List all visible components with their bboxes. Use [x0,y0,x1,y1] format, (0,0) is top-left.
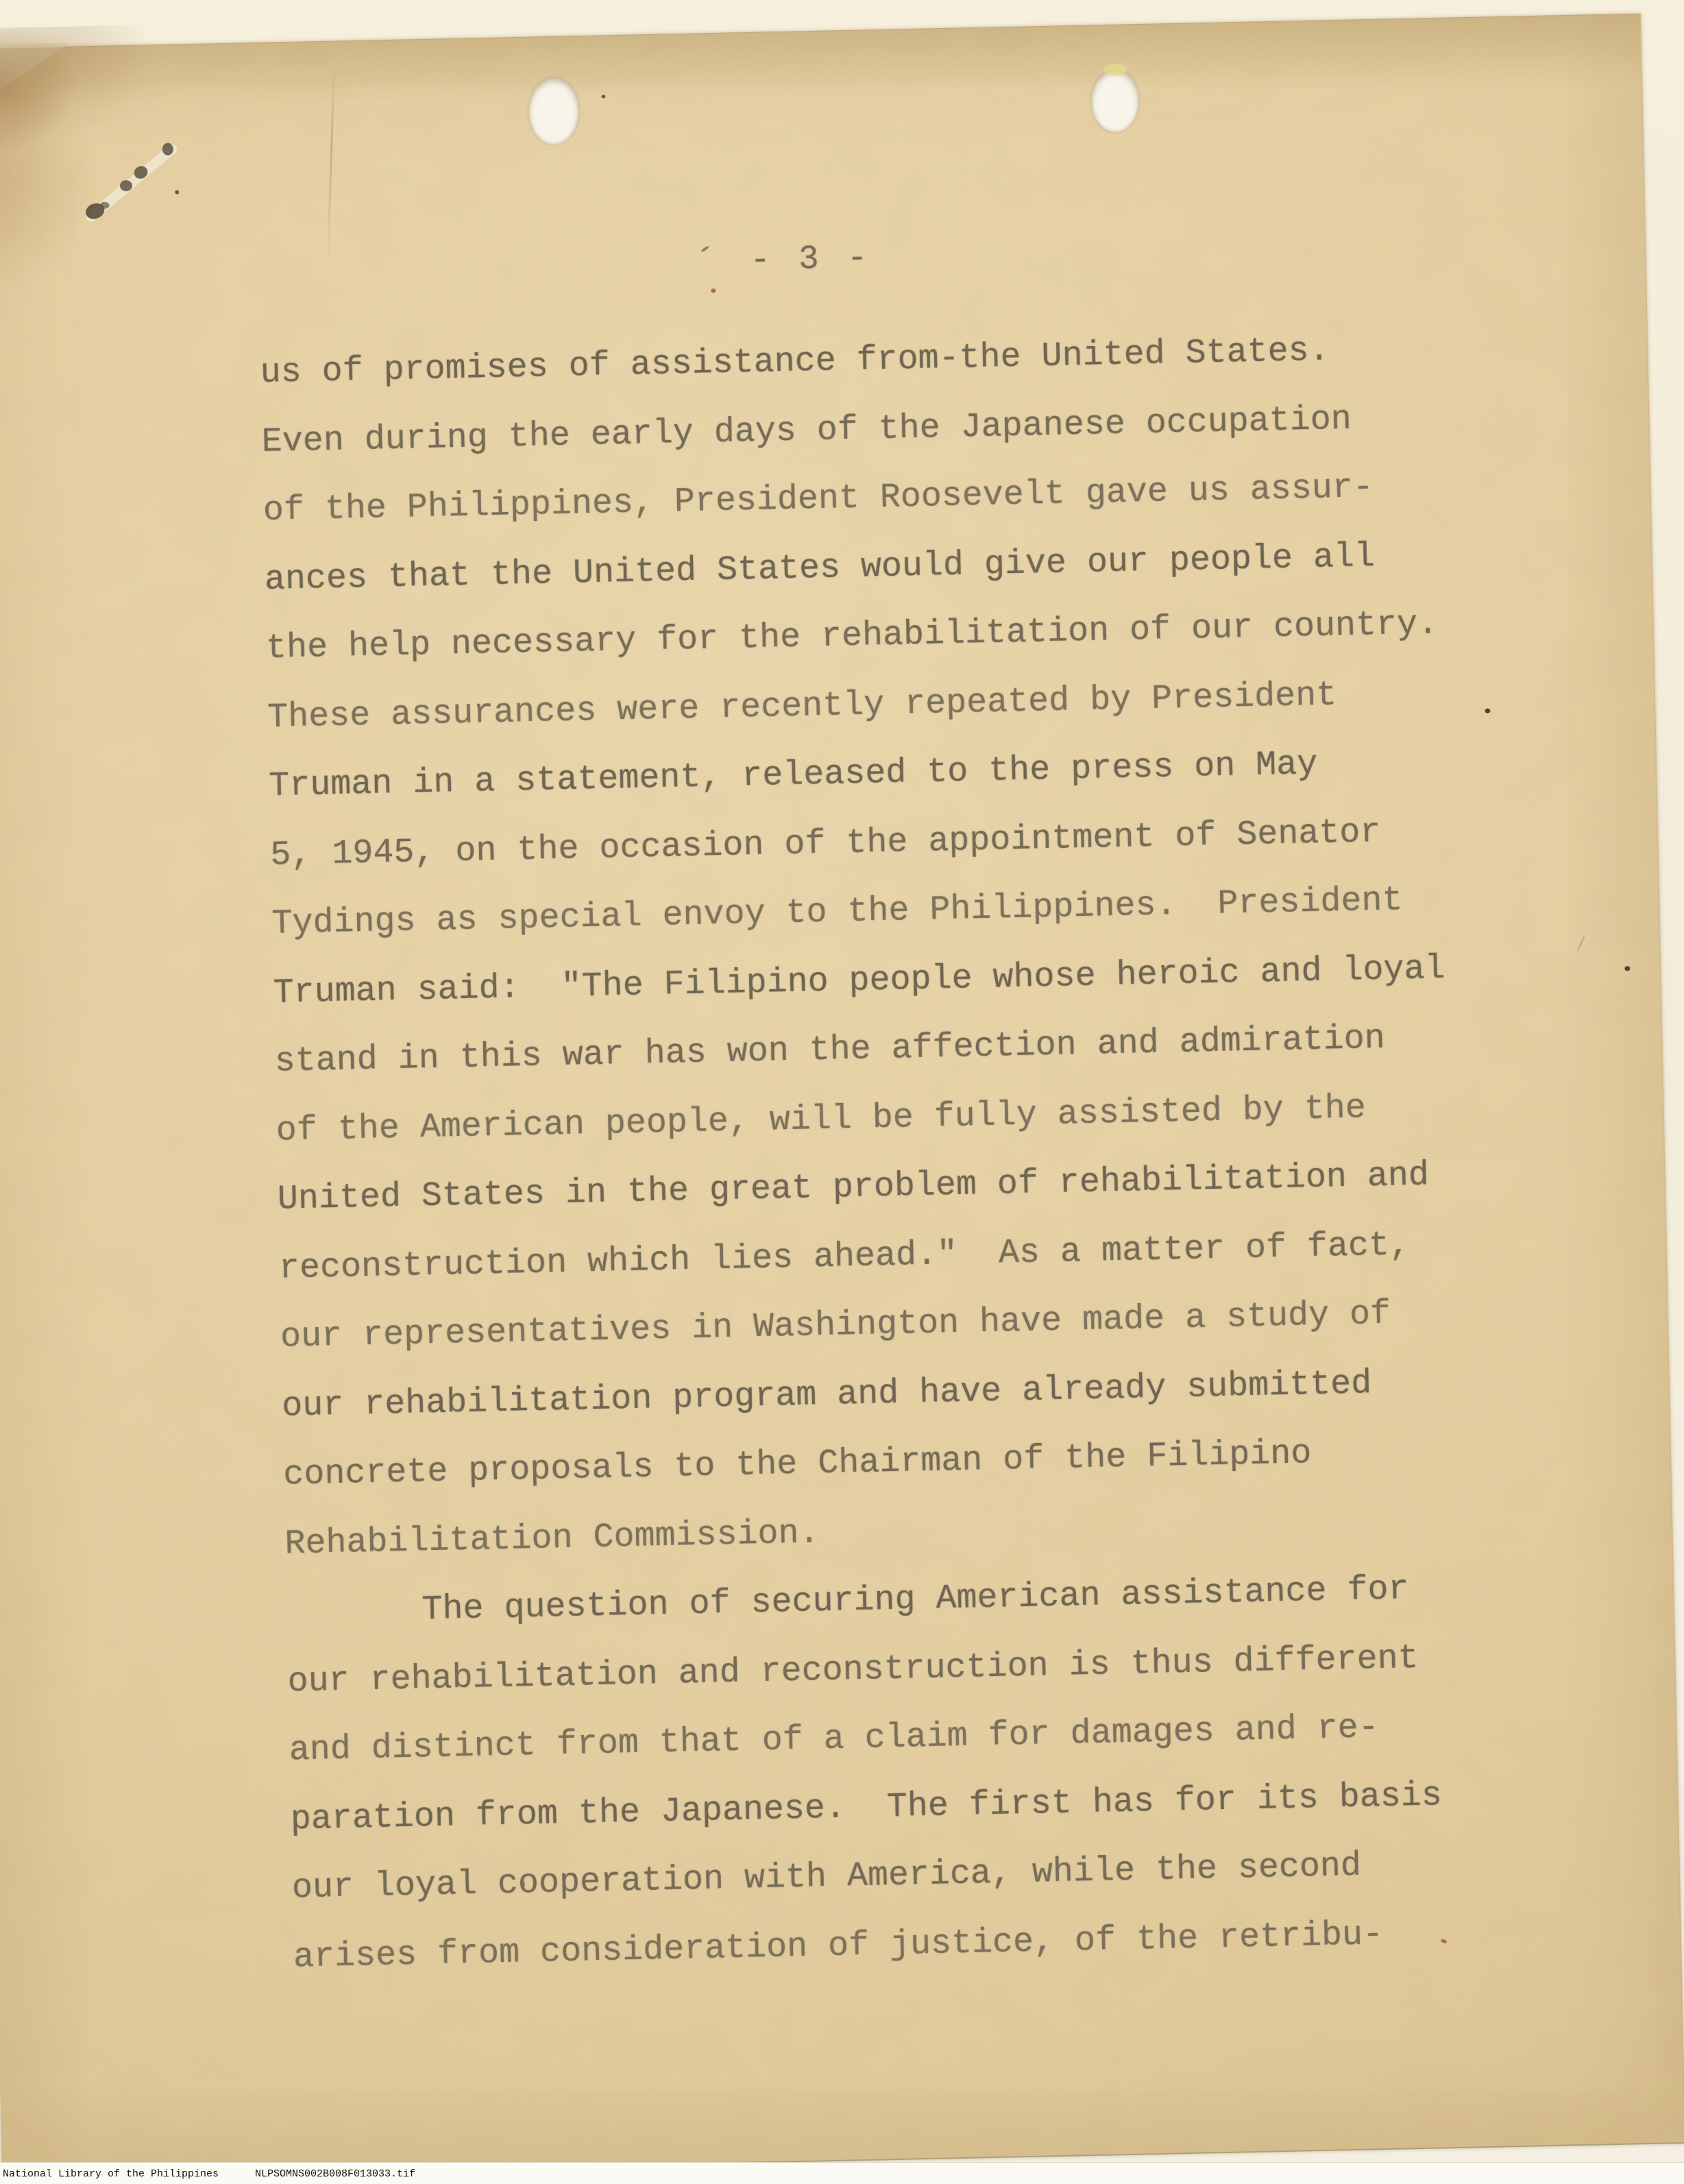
page-number: - 3 - [750,236,872,282]
punch-hole-left [528,77,579,145]
fiber-speck [1576,934,1585,951]
punch-hole-right [1091,69,1139,132]
scan-footer: National Library of the Philippines NLPS… [0,2162,1684,2184]
red-speck [711,289,716,293]
footer-library-label: National Library of the Philippines [3,2163,219,2184]
ink-speck [1485,708,1490,713]
typewritten-text: us of promises of assistance from-the Un… [260,314,1500,1992]
paper-sheet: - 3 - us of promises of assistance from-… [0,14,1684,2179]
ink-scribble [75,134,201,239]
scanned-document-page: - 3 - us of promises of assistance from-… [0,0,1684,2184]
ink-speck [700,245,709,253]
ink-speck [1624,966,1630,971]
ink-speck [601,95,605,98]
footer-filename-label: NLPSOMNS002B008F013033.tif [255,2163,415,2184]
top-edge-shading [0,14,1641,111]
